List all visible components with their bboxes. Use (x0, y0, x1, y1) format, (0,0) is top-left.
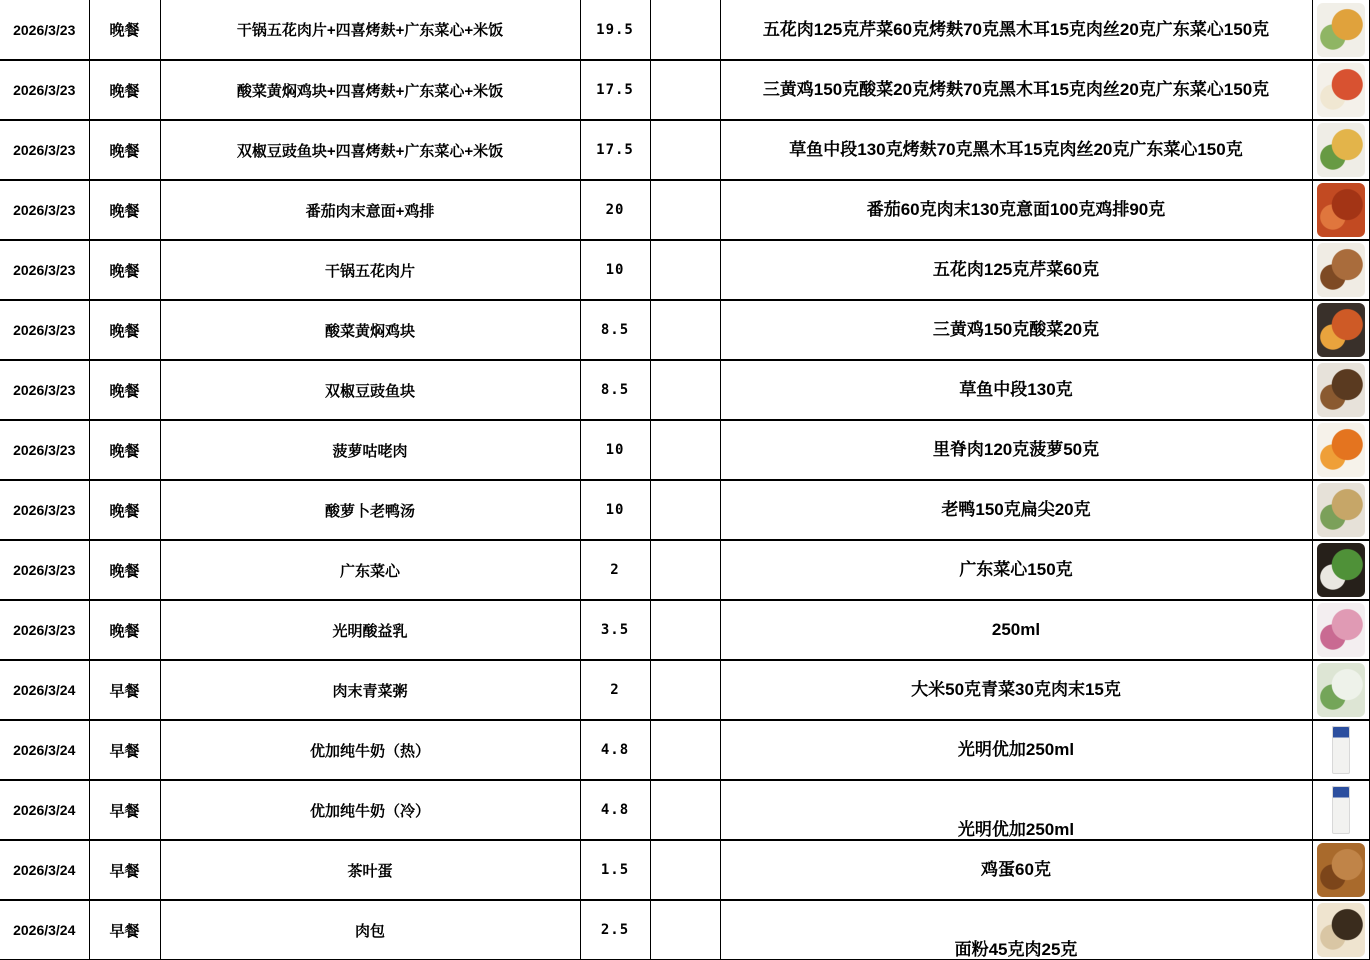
dish-name-cell: 广东菜心 (160, 540, 580, 600)
meal-type-cell: 晚餐 (89, 540, 160, 600)
braised-chicken-pot-photo (1317, 303, 1365, 357)
dish-name-cell: 酸菜黄焖鸡块+四喜烤麸+广东菜心+米饭 (160, 60, 580, 120)
price-cell: 10 (580, 240, 650, 300)
date-cell: 2026/3/23 (0, 360, 89, 420)
dish-name-cell: 酸萝卜老鸭汤 (160, 480, 580, 540)
ingredients-cell: 五花肉125克芹菜60克 (720, 240, 1312, 300)
dish-name-cell: 双椒豆豉鱼块+四喜烤麸+广东菜心+米饭 (160, 120, 580, 180)
photo-cell (1312, 120, 1370, 180)
date-cell: 2026/3/24 (0, 840, 89, 900)
price-cell: 3.5 (580, 600, 650, 660)
meal-type-cell: 早餐 (89, 660, 160, 720)
empty-cell (650, 720, 720, 780)
photo-cell (1312, 480, 1370, 540)
photo-cell (1312, 240, 1370, 300)
empty-cell (650, 480, 720, 540)
date-cell: 2026/3/23 (0, 300, 89, 360)
date-cell: 2026/3/23 (0, 240, 89, 300)
empty-cell (650, 840, 720, 900)
date-cell: 2026/3/24 (0, 660, 89, 720)
menu-table-row: 2026/3/24 早餐 茶叶蛋 1.5 鸡蛋60克 (0, 840, 1370, 900)
dish-name-cell: 干锅五花肉片 (160, 240, 580, 300)
date-cell: 2026/3/23 (0, 60, 89, 120)
menu-table-row: 2026/3/23 晚餐 菠萝咕咾肉 10 里脊肉120克菠萝50克 (0, 420, 1370, 480)
dish-name-cell: 番茄肉末意面+鸡排 (160, 180, 580, 240)
menu-table-row: 2026/3/24 早餐 肉末青菜粥 2 大米50克青菜30克肉末15克 (0, 660, 1370, 720)
price-cell: 8.5 (580, 360, 650, 420)
photo-cell (1312, 900, 1370, 960)
ingredients-cell: 面粉45克肉25克 (720, 900, 1312, 960)
empty-cell (650, 540, 720, 600)
bento-box-meal-photo (1317, 123, 1365, 177)
meal-type-cell: 早餐 (89, 840, 160, 900)
meal-type-cell: 晚餐 (89, 360, 160, 420)
price-cell: 1.5 (580, 840, 650, 900)
menu-table-row: 2026/3/23 晚餐 双椒豆豉鱼块 8.5 草鱼中段130克 (0, 360, 1370, 420)
dish-name-cell: 双椒豆豉鱼块 (160, 360, 580, 420)
menu-table-row: 2026/3/23 晚餐 干锅五花肉片+四喜烤麸+广东菜心+米饭 19.5 五花… (0, 0, 1370, 60)
ingredients-cell: 老鸭150克扁尖20克 (720, 480, 1312, 540)
menu-table-row: 2026/3/23 晚餐 酸菜黄焖鸡块+四喜烤麸+广东菜心+米饭 17.5 三黄… (0, 60, 1370, 120)
stir-fried-pork-photo (1317, 243, 1365, 297)
meal-type-cell: 晚餐 (89, 420, 160, 480)
ingredients-cell: 里脊肉120克菠萝50克 (720, 420, 1312, 480)
tomato-pasta-photo (1317, 183, 1365, 237)
empty-cell (650, 900, 720, 960)
duck-soup-bowl-photo (1317, 483, 1365, 537)
empty-cell (650, 240, 720, 300)
choy-sum-greens-photo (1317, 543, 1365, 597)
dish-name-cell: 菠萝咕咾肉 (160, 420, 580, 480)
empty-cell (650, 0, 720, 60)
ingredients-cell: 三黄鸡150克酸菜20克 (720, 300, 1312, 360)
ingredients-cell: 光明优加250ml (720, 720, 1312, 780)
photo-cell (1312, 60, 1370, 120)
meal-type-cell: 早餐 (89, 900, 160, 960)
empty-cell (650, 300, 720, 360)
ingredients-cell: 草鱼中段130克烤麸70克黑木耳15克肉丝20克广东菜心150克 (720, 120, 1312, 180)
meal-type-cell: 晚餐 (89, 0, 160, 60)
photo-cell (1312, 420, 1370, 480)
menu-table-row: 2026/3/24 早餐 优加纯牛奶（热） 4.8 光明优加250ml (0, 720, 1370, 780)
dish-name-cell: 优加纯牛奶（热） (160, 720, 580, 780)
ingredients-cell: 广东菜心150克 (720, 540, 1312, 600)
price-cell: 10 (580, 420, 650, 480)
photo-cell (1312, 0, 1370, 60)
menu-table-body: 2026/3/23 晚餐 干锅五花肉片+四喜烤麸+广东菜心+米饭 19.5 五花… (0, 0, 1370, 960)
milk-carton-photo (1332, 726, 1350, 774)
date-cell: 2026/3/23 (0, 120, 89, 180)
date-cell: 2026/3/23 (0, 540, 89, 600)
price-cell: 20 (580, 180, 650, 240)
price-cell: 10 (580, 480, 650, 540)
milk-carton-photo (1332, 786, 1350, 834)
dish-name-cell: 干锅五花肉片+四喜烤麸+广东菜心+米饭 (160, 0, 580, 60)
menu-table-row: 2026/3/23 晚餐 光明酸益乳 3.5 250ml (0, 600, 1370, 660)
meal-menu-table: 2026/3/23 晚餐 干锅五花肉片+四喜烤麸+广东菜心+米饭 19.5 五花… (0, 0, 1370, 960)
menu-table-row: 2026/3/24 早餐 优加纯牛奶（冷） 4.8 光明优加250ml (0, 780, 1370, 840)
price-cell: 2 (580, 660, 650, 720)
empty-cell (650, 420, 720, 480)
photo-cell (1312, 720, 1370, 780)
date-cell: 2026/3/23 (0, 180, 89, 240)
date-cell: 2026/3/23 (0, 480, 89, 540)
photo-cell (1312, 660, 1370, 720)
photo-cell (1312, 360, 1370, 420)
menu-table-row: 2026/3/24 早餐 肉包 2.5 面粉45克肉25克 (0, 900, 1370, 960)
vegetable-congee-photo (1317, 663, 1365, 717)
meal-type-cell: 晚餐 (89, 600, 160, 660)
dish-name-cell: 酸菜黄焖鸡块 (160, 300, 580, 360)
plate-meal-photo (1317, 63, 1365, 117)
dish-name-cell: 茶叶蛋 (160, 840, 580, 900)
price-cell: 19.5 (580, 0, 650, 60)
date-cell: 2026/3/23 (0, 420, 89, 480)
price-cell: 17.5 (580, 60, 650, 120)
price-cell: 17.5 (580, 120, 650, 180)
empty-cell (650, 60, 720, 120)
menu-table-screen: 2026/3/23 晚餐 干锅五花肉片+四喜烤麸+广东菜心+米饭 19.5 五花… (0, 0, 1370, 960)
menu-table-row: 2026/3/23 晚餐 双椒豆豉鱼块+四喜烤麸+广东菜心+米饭 17.5 草鱼… (0, 120, 1370, 180)
ingredients-cell: 三黄鸡150克酸菜20克烤麸70克黑木耳15克肉丝20克广东菜心150克 (720, 60, 1312, 120)
price-cell: 4.8 (580, 720, 650, 780)
bento-tray-meal-photo (1317, 3, 1365, 57)
price-cell: 8.5 (580, 300, 650, 360)
price-cell: 2 (580, 540, 650, 600)
yogurt-six-pack-photo (1317, 603, 1365, 657)
ingredients-cell: 草鱼中段130克 (720, 360, 1312, 420)
dish-name-cell: 光明酸益乳 (160, 600, 580, 660)
meal-type-cell: 晚餐 (89, 120, 160, 180)
photo-cell (1312, 780, 1370, 840)
empty-cell (650, 660, 720, 720)
dish-name-cell: 肉包 (160, 900, 580, 960)
empty-cell (650, 360, 720, 420)
ingredients-cell: 光明优加250ml (720, 780, 1312, 840)
price-cell: 2.5 (580, 900, 650, 960)
meal-type-cell: 早餐 (89, 720, 160, 780)
photo-cell (1312, 300, 1370, 360)
photo-cell (1312, 600, 1370, 660)
meal-type-cell: 晚餐 (89, 300, 160, 360)
empty-cell (650, 600, 720, 660)
braised-fish-photo (1317, 363, 1365, 417)
price-cell: 4.8 (580, 780, 650, 840)
menu-table-row: 2026/3/23 晚餐 酸萝卜老鸭汤 10 老鸭150克扁尖20克 (0, 480, 1370, 540)
date-cell: 2026/3/24 (0, 900, 89, 960)
empty-cell (650, 120, 720, 180)
ingredients-cell: 250ml (720, 600, 1312, 660)
dish-name-cell: 肉末青菜粥 (160, 660, 580, 720)
empty-cell (650, 180, 720, 240)
meal-type-cell: 晚餐 (89, 480, 160, 540)
photo-cell (1312, 540, 1370, 600)
ingredients-cell: 鸡蛋60克 (720, 840, 1312, 900)
ingredients-cell: 五花肉125克芹菜60克烤麸70克黑木耳15克肉丝20克广东菜心150克 (720, 0, 1312, 60)
date-cell: 2026/3/23 (0, 600, 89, 660)
ingredients-cell: 大米50克青菜30克肉末15克 (720, 660, 1312, 720)
menu-table-row: 2026/3/23 晚餐 酸菜黄焖鸡块 8.5 三黄鸡150克酸菜20克 (0, 300, 1370, 360)
meal-type-cell: 晚餐 (89, 180, 160, 240)
empty-cell (650, 780, 720, 840)
photo-cell (1312, 180, 1370, 240)
meal-type-cell: 晚餐 (89, 60, 160, 120)
pineapple-sweet-sour-pork-photo (1317, 423, 1365, 477)
meal-type-cell: 晚餐 (89, 240, 160, 300)
tea-eggs-photo (1317, 843, 1365, 897)
date-cell: 2026/3/24 (0, 720, 89, 780)
dish-name-cell: 优加纯牛奶（冷） (160, 780, 580, 840)
photo-cell (1312, 840, 1370, 900)
ingredients-cell: 番茄60克肉末130克意面100克鸡排90克 (720, 180, 1312, 240)
date-cell: 2026/3/24 (0, 780, 89, 840)
date-cell: 2026/3/23 (0, 0, 89, 60)
meal-type-cell: 早餐 (89, 780, 160, 840)
steamed-meat-buns-photo (1317, 903, 1365, 957)
menu-table-row: 2026/3/23 晚餐 番茄肉末意面+鸡排 20 番茄60克肉末130克意面1… (0, 180, 1370, 240)
menu-table-row: 2026/3/23 晚餐 广东菜心 2 广东菜心150克 (0, 540, 1370, 600)
menu-table-row: 2026/3/23 晚餐 干锅五花肉片 10 五花肉125克芹菜60克 (0, 240, 1370, 300)
